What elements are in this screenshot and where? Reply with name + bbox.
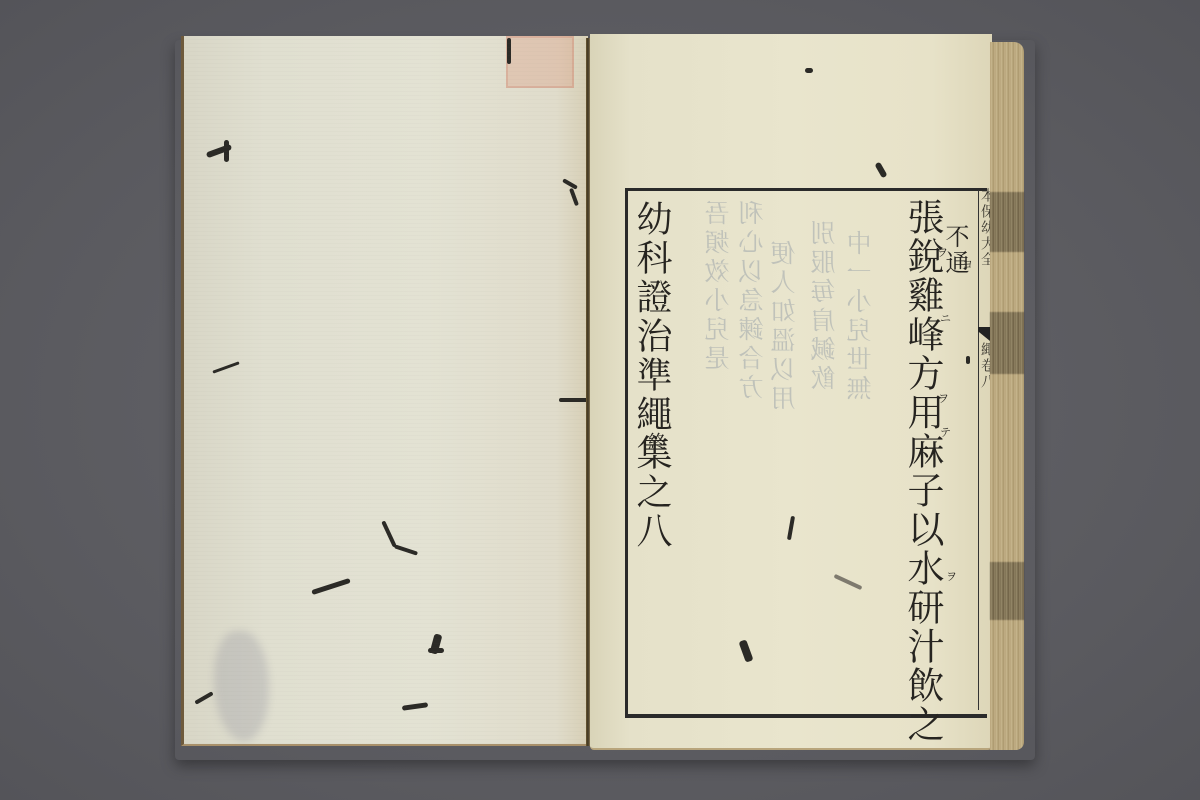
kunten-mark: ヨ [962,256,973,272]
wormhole [311,578,351,595]
kunten-mark: ヲ [938,390,949,406]
wormhole [394,544,418,555]
wormhole [381,520,396,547]
wormhole [507,38,511,64]
wormhole [562,178,578,189]
book-fore-edge [990,42,1024,750]
wormhole [569,188,579,206]
end-mark: 終 [646,432,664,452]
ownership-seal-stamp [506,36,574,88]
water-stain [214,631,269,741]
wormhole [966,356,970,364]
center-column-rule [978,190,979,710]
wormhole [206,144,232,159]
kunten-mark: ヲ [946,568,957,584]
wormhole [805,68,813,73]
main-text-column: 張銳雞峰方用麻子以水研汁飲之 [904,198,941,744]
volume-title-column: 幼科證治準繩集之八 [633,200,669,551]
wormhole [224,140,229,162]
wormhole [559,398,589,402]
fore-edge-ink [990,312,1024,374]
wormhole [212,361,239,373]
left-page [181,36,588,746]
wormhole [402,702,428,711]
kunten-mark: ヲ [937,244,948,260]
kunten-mark: テ [940,424,951,440]
wormhole [194,691,213,704]
wormhole [428,648,444,653]
fore-edge-ink [990,562,1024,620]
kunten-mark: ニ [940,310,951,326]
fore-edge-ink [990,192,1024,252]
wormhole [430,633,443,654]
